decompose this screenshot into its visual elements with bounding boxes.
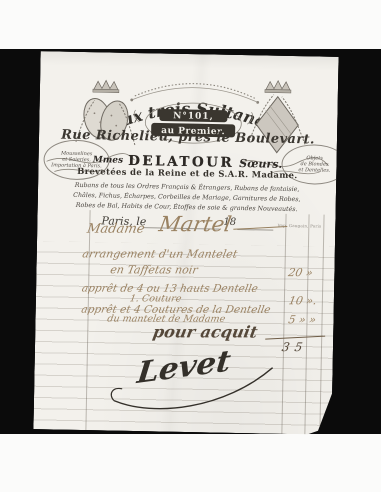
photo-background: Aux trois Sultanes. N°101, au Premier. — [0, 49, 381, 434]
handwritten-customer-name: Martel — [157, 212, 233, 236]
firm-prefix: Mmes — [93, 155, 123, 166]
entry-line: en Taffetas noir — [109, 263, 199, 276]
entry-amount: 5 » » — [287, 313, 317, 326]
entry-line: arrangement d'un Mantelet — [81, 247, 238, 260]
receipt-note: pour acquit — [151, 322, 259, 341]
entry-amount: 10 ». — [288, 294, 318, 307]
entry-amount: 20 » — [287, 266, 314, 279]
firm-suffix: Sœurs. — [239, 157, 282, 171]
handwritten-salutation: Madame — [86, 222, 146, 237]
badge-number: N°101, — [173, 111, 214, 122]
signature-flourish — [100, 348, 291, 418]
invoice-paper: Aux trois Sultanes. N°101, au Premier. — [33, 51, 338, 435]
merchandise-list: Rubans de tous les Ordres Français & Étr… — [38, 180, 337, 216]
